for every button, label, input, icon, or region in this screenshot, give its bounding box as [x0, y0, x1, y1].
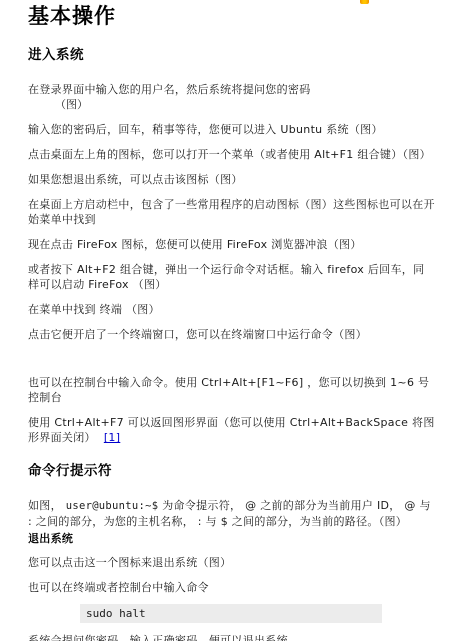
- paragraph-terminal-window: 点击它便开启了一个终端窗口，您可以在终端窗口中运行命令（图）: [28, 327, 435, 342]
- paragraph-password: 输入您的密码后，回车，稍事等待，您便可以进入 Ubuntu 系统（图）: [28, 122, 435, 137]
- code-block-sudo-halt: sudo halt: [80, 604, 382, 623]
- paragraph-firefox: 现在点击 FireFox 图标，您便可以使用 FireFox 浏览器冲浪（图）: [28, 237, 435, 252]
- footnote-1-link[interactable]: [1]: [104, 431, 120, 444]
- sub-heading-logout: 退出系统: [28, 531, 435, 546]
- paragraph-prompt-before: 如图，: [28, 499, 66, 512]
- paragraph-console: 也可以在控制台中输入命令。使用 Ctrl+Alt+[F1~F6] ，您可以切换到…: [28, 375, 435, 405]
- paragraph-prompt: 如图， user@ubuntu:~$ 为命令提示符， @ 之前的部分为当前用户 …: [28, 498, 435, 529]
- paragraph-menu: 点击桌面左上角的图标，您可以打开一个菜单（或者使用 Alt+F1 组合键）（图）: [28, 147, 435, 162]
- section-heading-enter-system: 进入系统: [28, 47, 435, 63]
- section-heading-prompt: 命令行提示符: [28, 463, 435, 479]
- paragraph-quit-icon: 如果您想退出系统，可以点击该图标（图）: [28, 172, 435, 187]
- prompt-sample-text: user@ubuntu:~$: [66, 500, 159, 512]
- paragraph-type-command: 也可以在终端或者控制台中输入命令: [28, 580, 435, 595]
- clipped-top-icon: [360, 0, 369, 4]
- document-page: 基本操作 进入系统 在登录界面中输入您的用户名，然后系统将提问您的密码 （图） …: [0, 0, 465, 641]
- paragraph-return-gui: 使用 Ctrl+Alt+F7 可以返回图形界面（您可以使用 Ctrl+Alt+B…: [28, 415, 435, 445]
- paragraph-ask-password: 系统会提问您密码，输入正确密码，便可以退出系统: [28, 633, 435, 641]
- paragraph-return-gui-text: 使用 Ctrl+Alt+F7 可以返回图形界面（您可以使用 Ctrl+Alt+B…: [28, 416, 435, 444]
- figure-placeholder-login: （图）: [28, 97, 435, 112]
- paragraph-terminal-menu: 在菜单中找到 终端 （图）: [28, 302, 435, 317]
- paragraph-login: 在登录界面中输入您的用户名，然后系统将提问您的密码: [28, 82, 435, 97]
- paragraph-launcher: 在桌面上方启动栏中，包含了一些常用程序的启动图标（图）这些图标也可以在开始菜单中…: [28, 197, 435, 227]
- page-title: 基本操作: [28, 4, 435, 29]
- paragraph-run-dialog: 或者按下 Alt+F2 组合键，弹出一个运行命令对话框。输入 firefox 后…: [28, 262, 435, 292]
- paragraph-login-text: 在登录界面中输入您的用户名，然后系统将提问您的密码: [28, 83, 311, 96]
- paragraph-click-icon: 您可以点击这一个图标来退出系统（图）: [28, 555, 435, 570]
